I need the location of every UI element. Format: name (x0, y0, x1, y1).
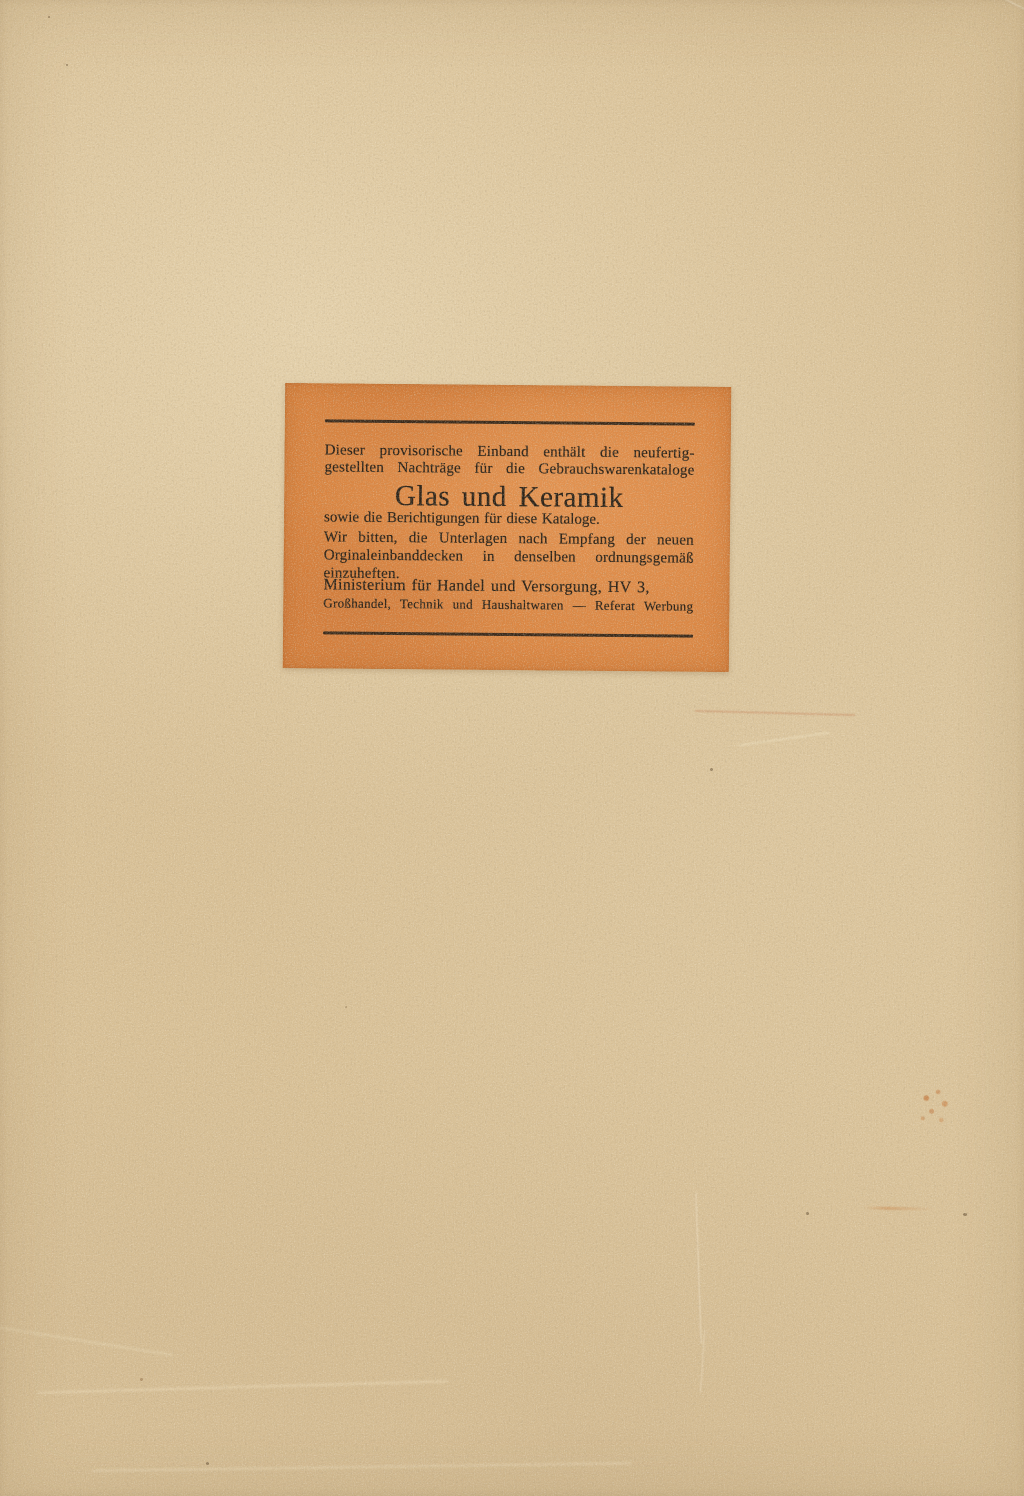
paper-speck (710, 768, 713, 771)
label-issuer-line: Ministerium für Handel und Versorgung, H… (323, 575, 693, 597)
paper-speck (345, 1006, 347, 1008)
bottom-crease (92, 1462, 632, 1472)
bottom-crease (38, 1380, 448, 1393)
label-department-line: Großhandel, Technik und Haushaltwaren — … (323, 595, 693, 614)
bottom-left-crease (0, 1326, 173, 1356)
label-subtitle: sowie die Berichtigungen für diese Katal… (324, 509, 694, 529)
label-intro-line-2: gestellten Nachträge für die Gebrauchswa… (324, 459, 694, 479)
label-top-rule (325, 419, 695, 425)
corner-fold-crease (958, 0, 1024, 32)
pasted-label: Dieser provisorische Einband enthält die… (283, 383, 731, 672)
paper-speck (66, 64, 68, 66)
paper-speck (806, 1212, 809, 1215)
scanned-paper-cover: Dieser provisorische Einband enthält die… (0, 0, 1024, 1496)
reddish-horizontal-crease (695, 710, 855, 716)
paper-speck (206, 1462, 209, 1465)
label-bottom-rule (323, 631, 693, 637)
paper-speck (48, 16, 50, 18)
light-diagonal-crease (738, 732, 829, 747)
vertical-fold-crease (694, 1192, 702, 1344)
orange-streak-stain (864, 1206, 934, 1210)
rust-stain-cluster (914, 1084, 958, 1128)
paper-speck (140, 1378, 143, 1381)
paper-speck (963, 1213, 967, 1216)
paper-grain-texture (0, 0, 1024, 1496)
label-text-block: Dieser provisorische Einband enthält die… (323, 442, 694, 614)
vertical-fold-crease-tail (699, 1330, 706, 1392)
